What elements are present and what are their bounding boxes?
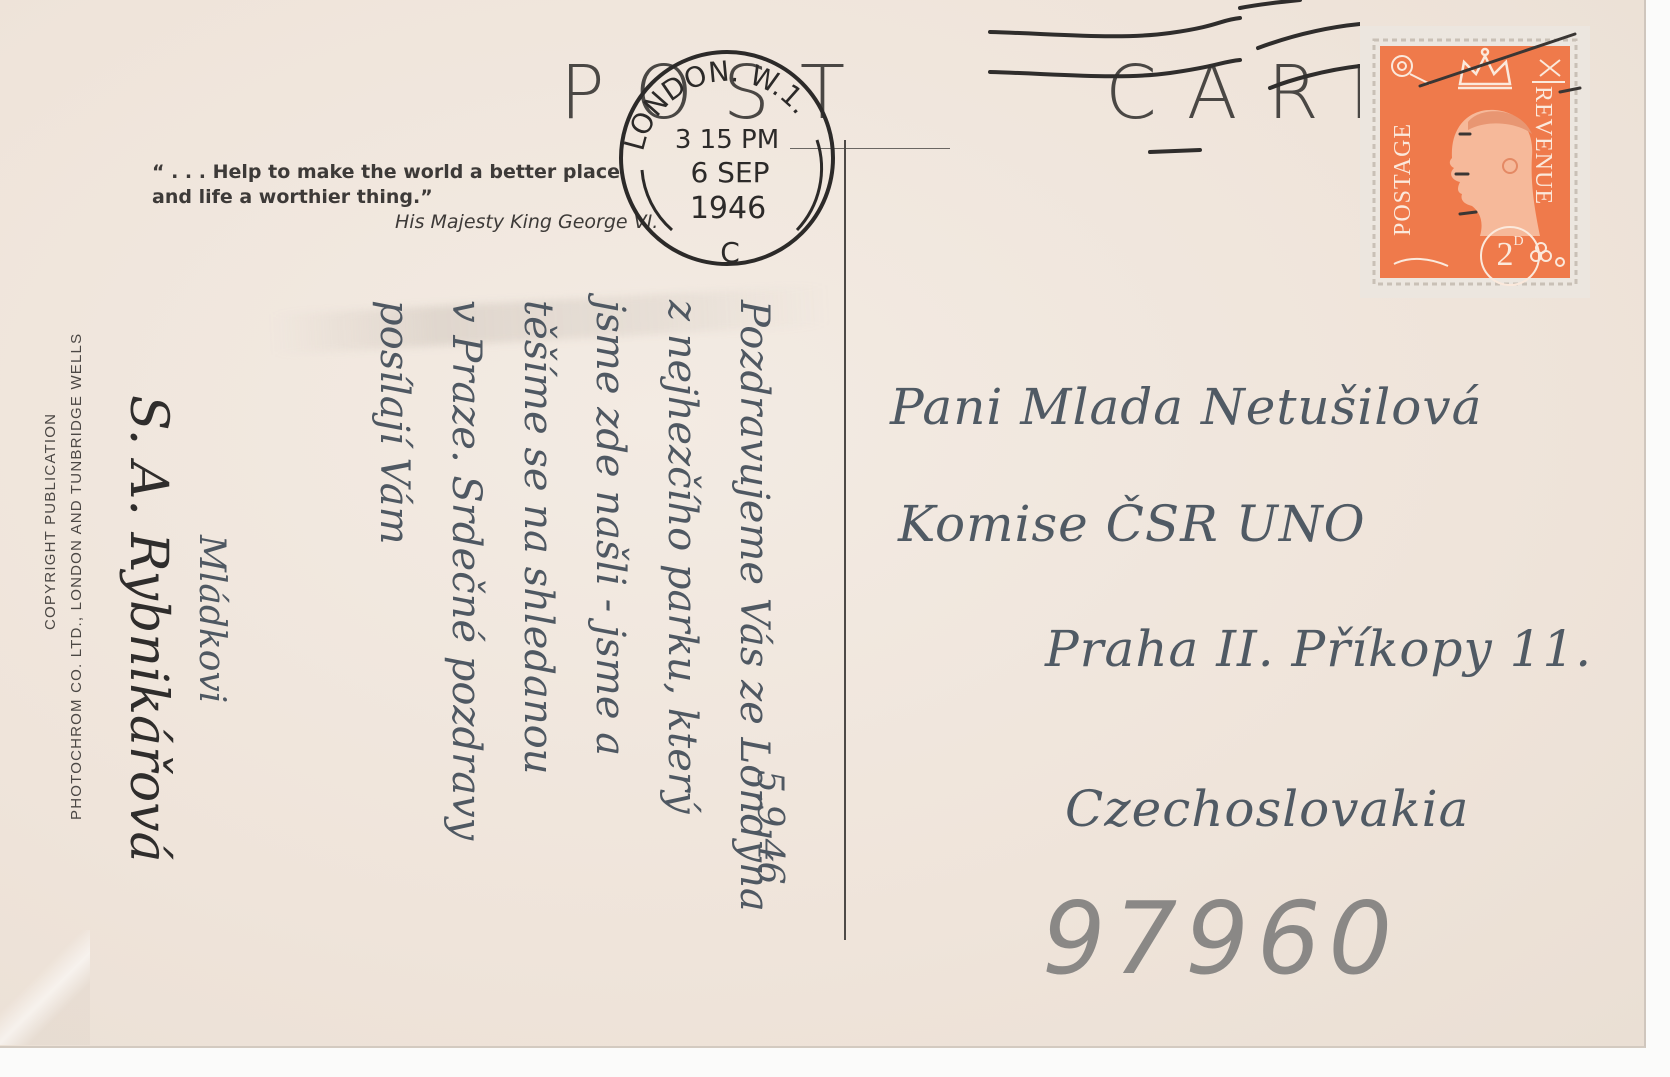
- message-date: 5.9.46: [749, 770, 790, 885]
- message-line: z nejhezčího parku, který: [646, 300, 718, 912]
- postmark-time: 3 15 PM: [675, 125, 779, 155]
- message-line: posílají Vám: [358, 300, 430, 912]
- postmark-code: C: [720, 236, 740, 269]
- publisher-line-2: PHOTOCHROM CO. LTD., LONDON AND TUNBRIDG…: [68, 333, 85, 820]
- stamp-value: 2D: [1480, 226, 1540, 286]
- postmark-date: 6 SEP: [690, 156, 769, 189]
- quote-line-1: “ . . . Help to make the world a better …: [152, 161, 620, 183]
- address-line-3: Praha II. Příkopy 11.: [1045, 620, 1592, 678]
- quote-line-2: and life a worthier thing.”: [152, 186, 433, 208]
- stamp-postage-label: POSTAGE: [1390, 123, 1417, 236]
- handwritten-message: Pozdravujeme Vás ze Londýna z nejhezčího…: [358, 300, 790, 912]
- address-line-2: Komise ČSR UNO: [898, 495, 1366, 553]
- message-line: v Praze. Srdečné pozdravy: [430, 300, 502, 912]
- message-closing: Mládkovi: [191, 535, 232, 703]
- publisher-line-1: COPYRIGHT PUBLICATION: [38, 333, 64, 820]
- cancellation-lines-icon: [940, 0, 1360, 160]
- address-line-1: Pani Mlada Netušilová: [890, 378, 1482, 436]
- stamp-revenue-label: REVENUE: [1529, 86, 1556, 205]
- postage-stamp: POSTAGE REVENUE 2D: [1360, 26, 1590, 298]
- publisher-imprint: COPYRIGHT PUBLICATION PHOTOCHROM CO. LTD…: [38, 333, 90, 820]
- pencil-reference-number: 97960: [1042, 880, 1400, 997]
- message-line: jsme zde našli - jsme a: [574, 300, 646, 912]
- postmark-icon: LONDON. W.1. 3 15 PM 6 SEP 1946 C: [612, 40, 842, 270]
- postmark-year: 1946: [690, 191, 766, 226]
- corner-crease: [0, 930, 90, 1045]
- postcard: POSTCARD “ . . . Help to make the world …: [0, 0, 1646, 1048]
- message-address-divider: [844, 140, 846, 940]
- signature: S. A. Rybnikářová: [118, 395, 178, 863]
- address-line-4: Czechoslovakia: [1065, 780, 1469, 838]
- message-line: těšíme se na shledanou: [502, 300, 574, 912]
